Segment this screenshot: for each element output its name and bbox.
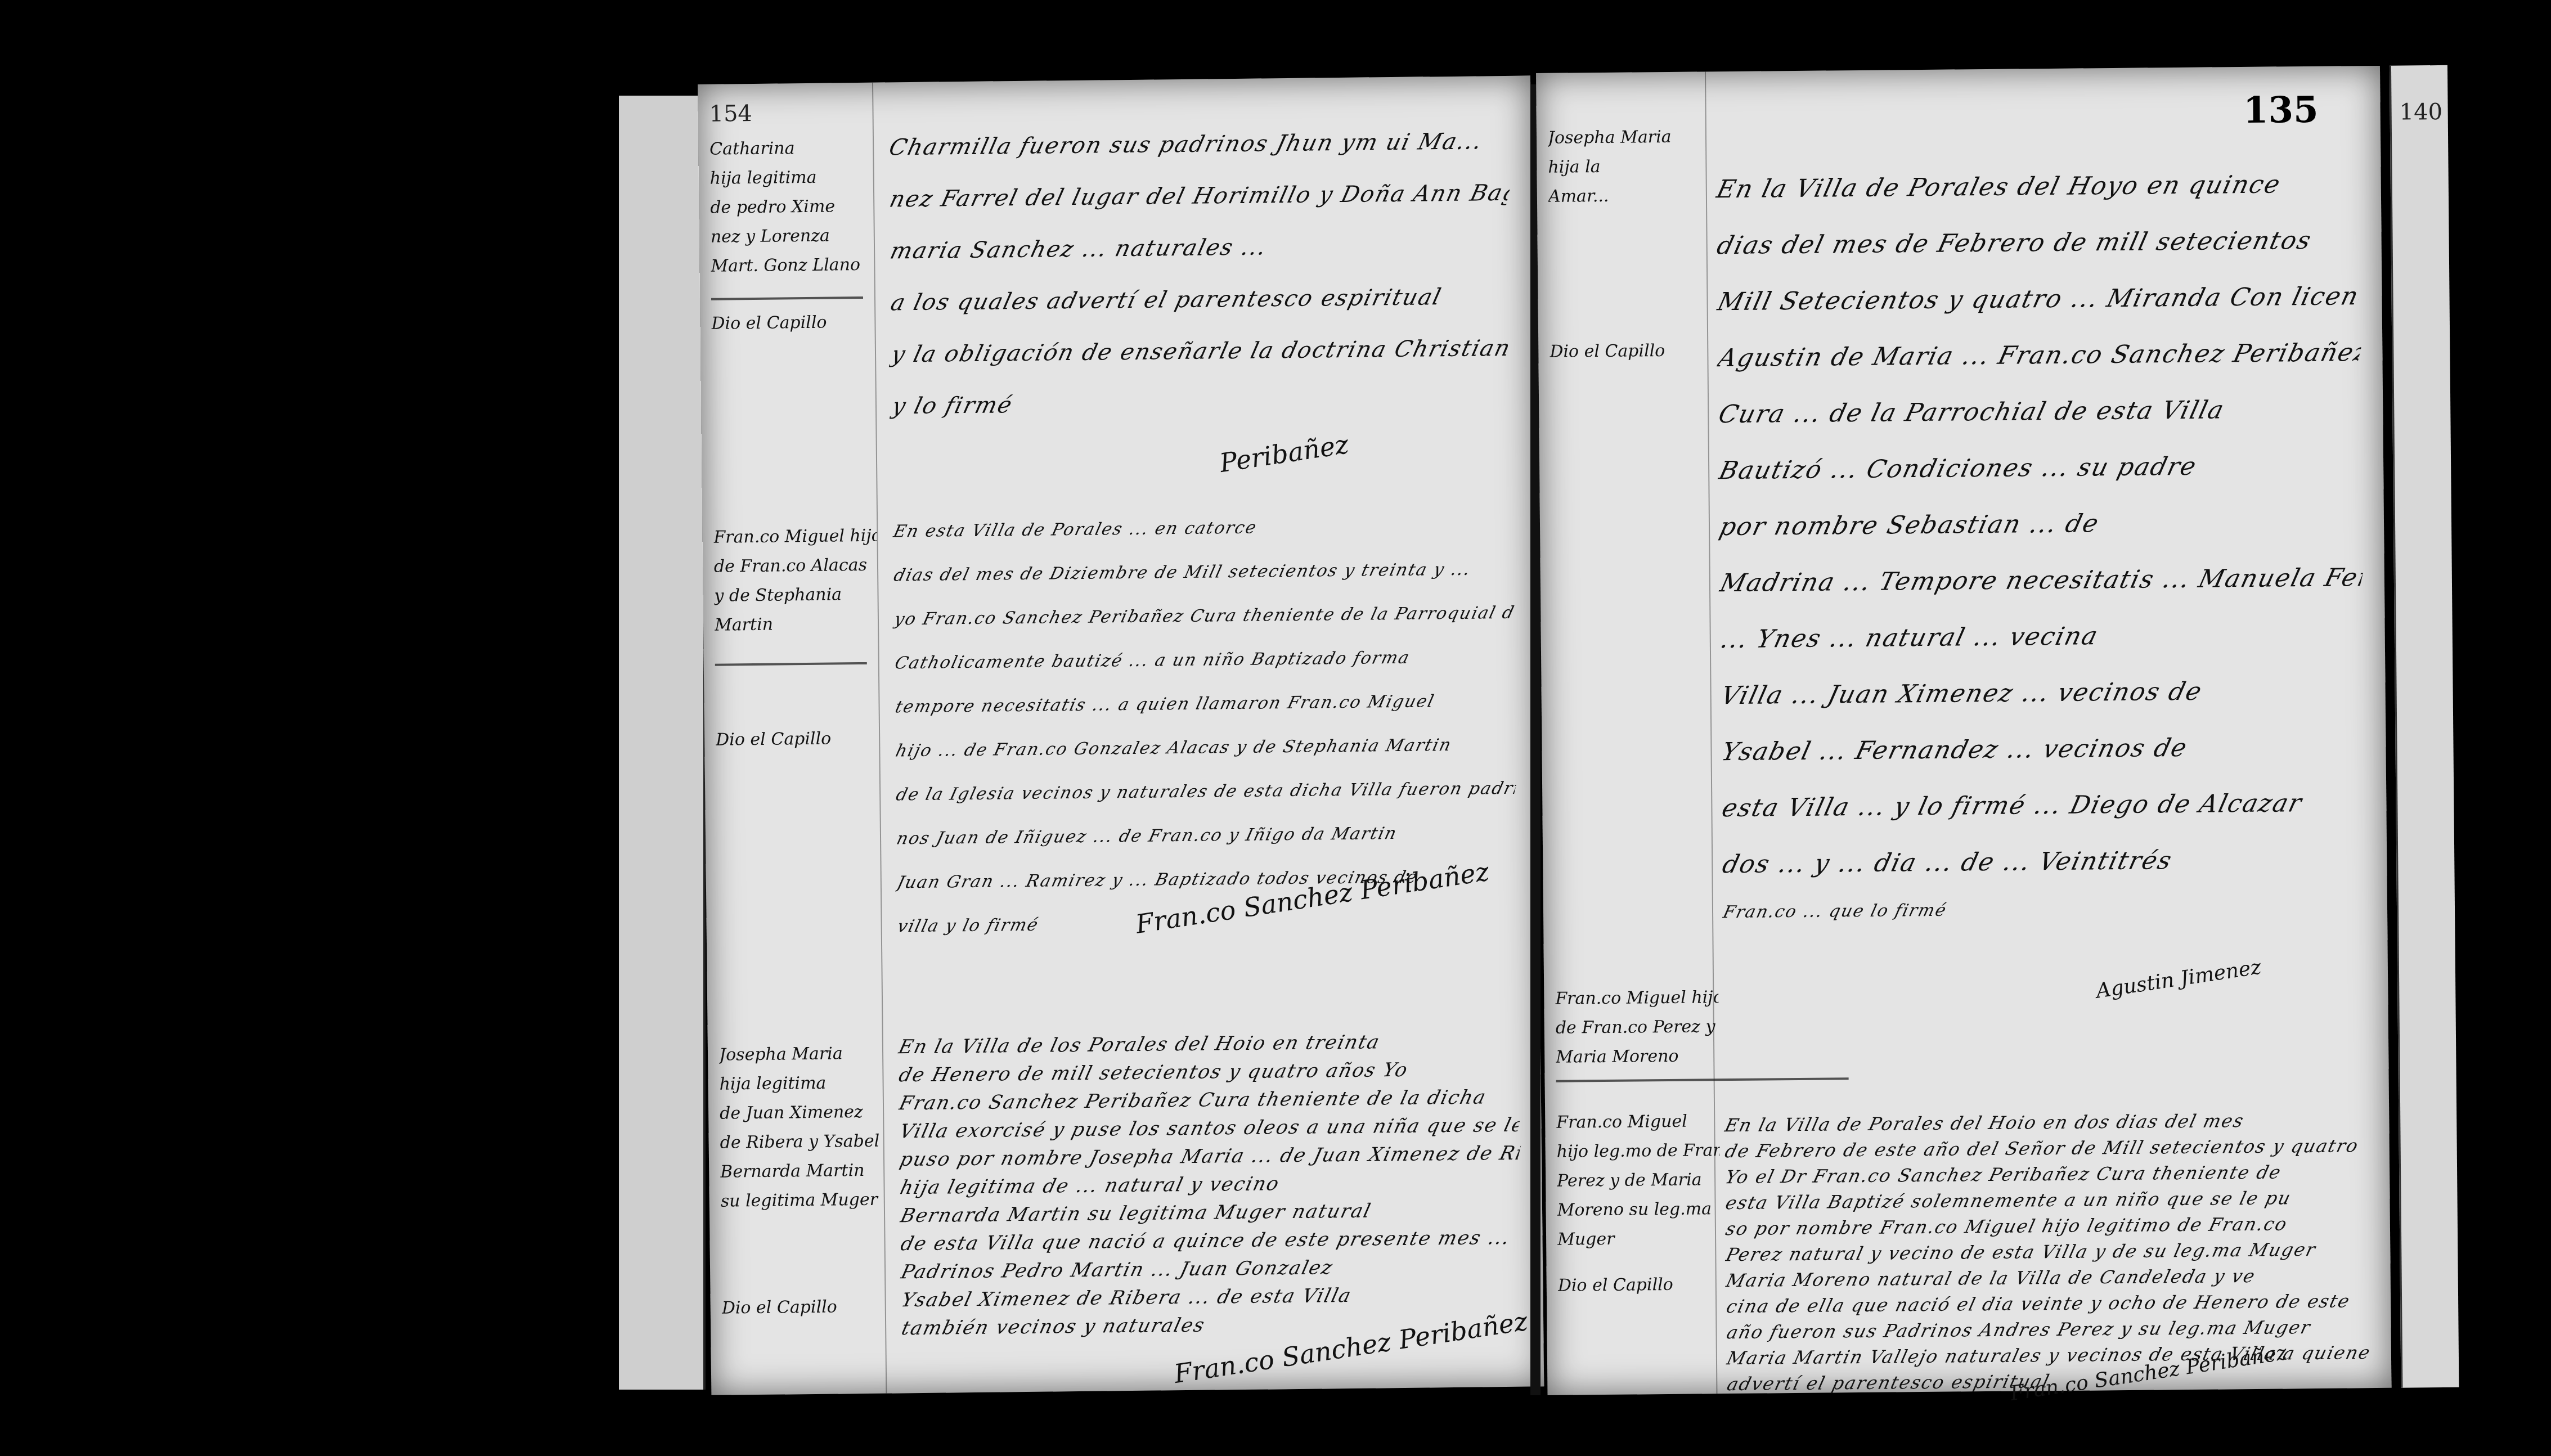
margin-note-right-entry-1: Josepha Maria hija la Amar... bbox=[1548, 122, 1712, 212]
margin-note-right-capillo-1: Dio el Capillo bbox=[1550, 336, 1713, 367]
secondary-folio-number: 140 bbox=[2399, 99, 2442, 125]
left-page: 154 Catharina hija legitima de pedro Xim… bbox=[698, 76, 1544, 1395]
book-page-edges-left bbox=[619, 96, 706, 1390]
margin-note-capillo-3: Dio el Capillo bbox=[722, 1292, 886, 1323]
signature-entry-1: Peribañez bbox=[1218, 429, 1350, 478]
open-register-book: 154 Catharina hija legitima de pedro Xim… bbox=[585, 51, 2386, 1418]
baptism-entry-3: En la Villa de los Porales del Hoio en t… bbox=[899, 1027, 1521, 1342]
margin-note-entry-1: Catharina hija legitima de pedro Xime ne… bbox=[709, 133, 874, 281]
baptism-entry-right-1: En la Villa de Porales del Hoyo en quinc… bbox=[1717, 156, 2365, 932]
margin-note-right-capillo-2: Dio el Capillo bbox=[1558, 1270, 1721, 1301]
margin-note-capillo-2: Dio el Capillo bbox=[716, 724, 879, 755]
signature-right-entry-1: Agustin Jimenez bbox=[2095, 955, 2263, 1003]
baptism-entry-1: Charmilla fueron sus padrinos Jhun ym ui… bbox=[890, 115, 1512, 432]
left-page-number: 154 bbox=[709, 101, 752, 127]
margin-note-right-entry-2b: Fran.co Miguel hijo leg.mo de Fran Perez… bbox=[1556, 1107, 1721, 1255]
margin-note-right-entry-2: Fran.co Miguel hijo de Fran.co Perez y d… bbox=[1555, 983, 1719, 1072]
margin-note-entry-2: Fran.co Miguel hijo de Fran.co Alacas y … bbox=[713, 522, 878, 640]
next-leaf-strip: 140 bbox=[2390, 65, 2459, 1388]
right-page: 140 135 Josepha Maria hija la Amar... Di… bbox=[1536, 66, 2391, 1395]
margin-note-capillo-1: Dio el Capillo bbox=[711, 308, 875, 339]
folio-number: 135 bbox=[2243, 89, 2319, 132]
margin-note-entry-3: Josepha Maria hija legitima de Juan Xime… bbox=[719, 1039, 884, 1216]
